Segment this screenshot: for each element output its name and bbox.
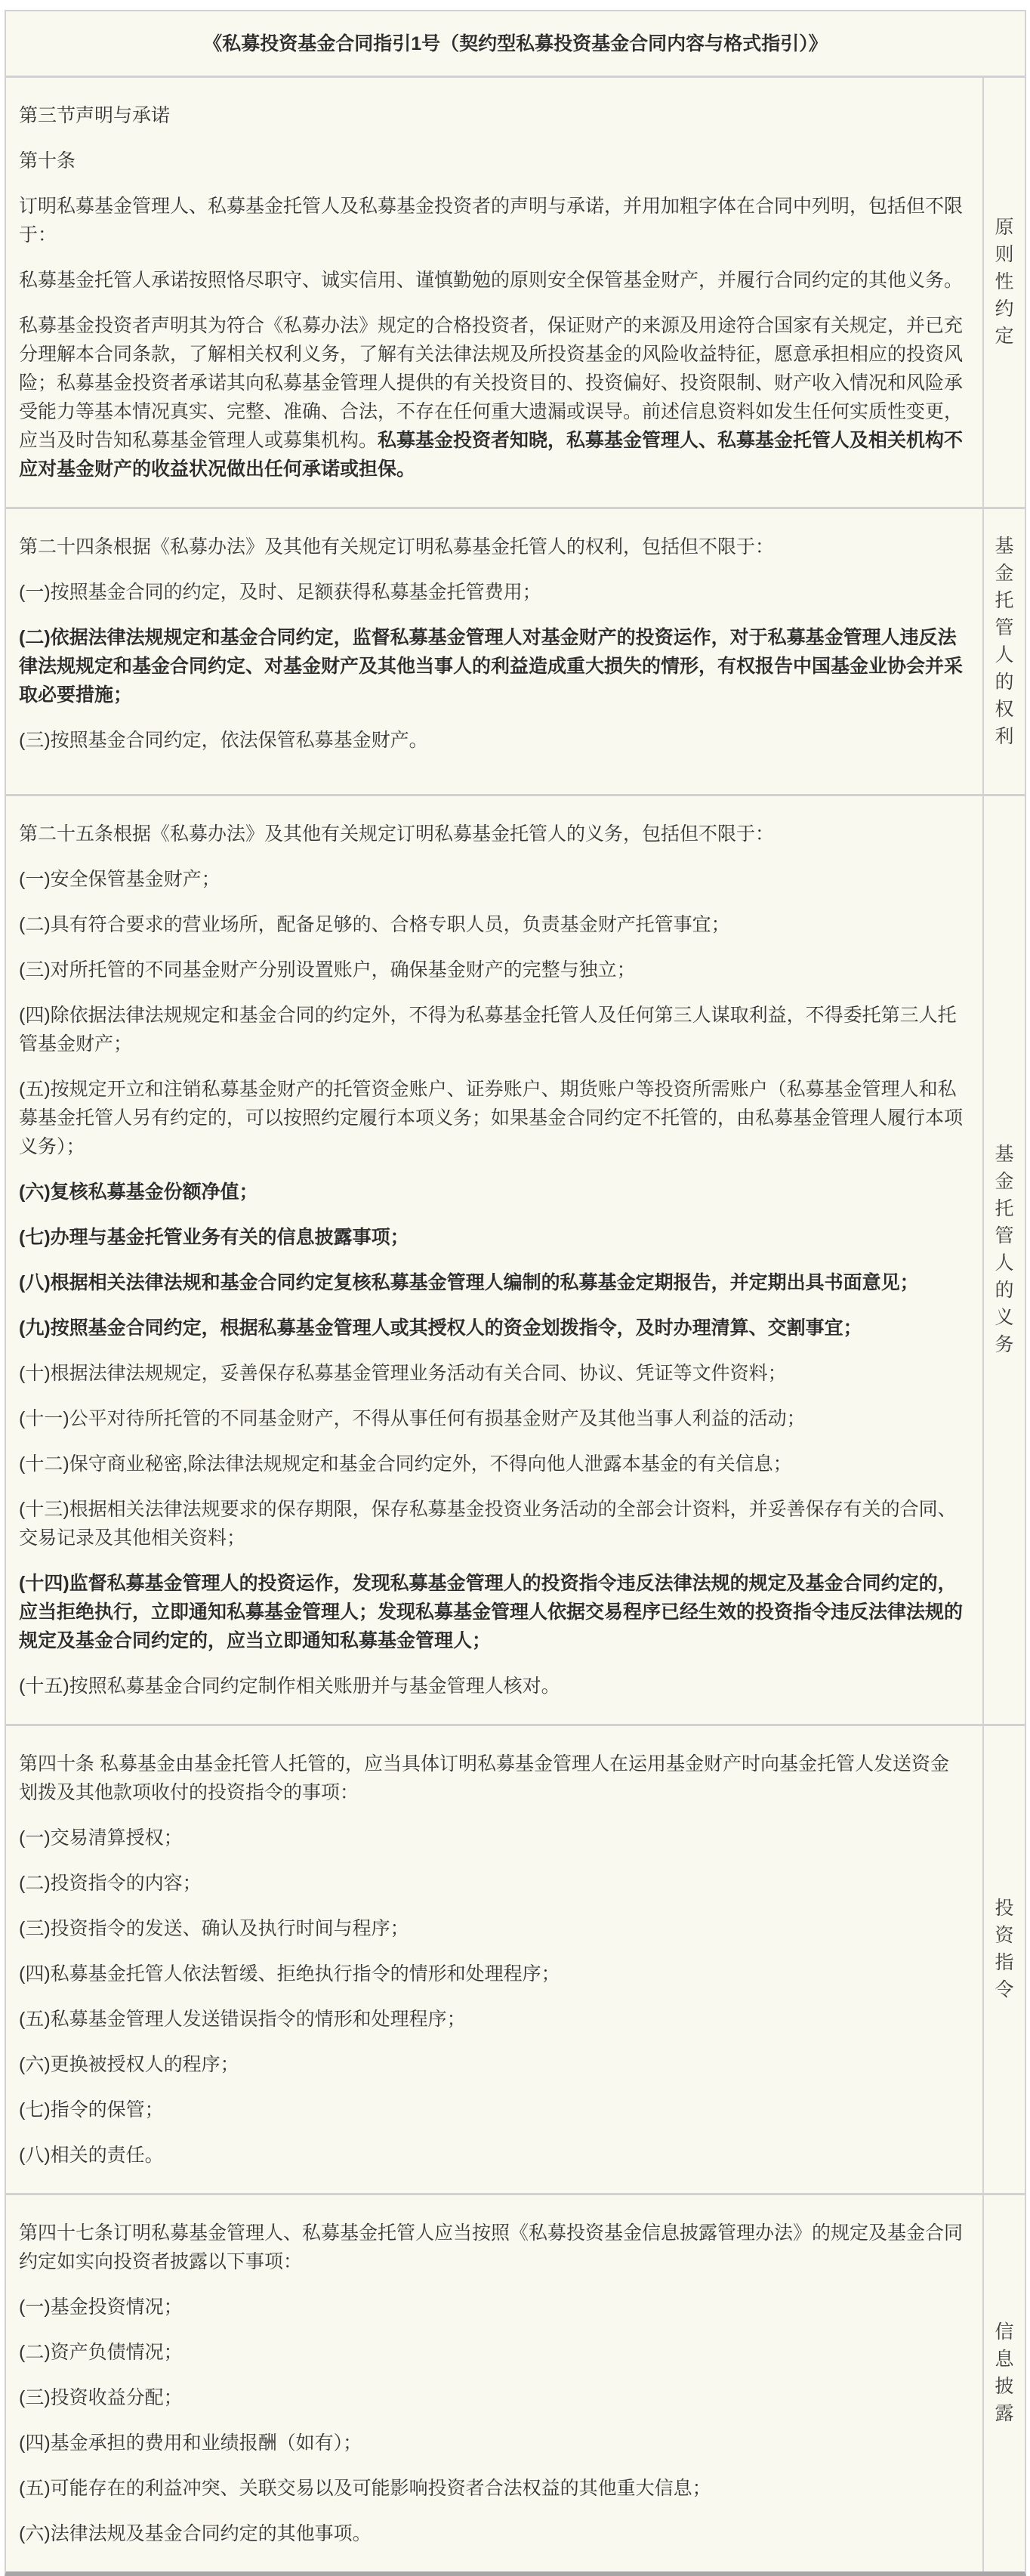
paragraph: (四)基金承担的费用和业绩报酬（如有）； (19, 2429, 967, 2457)
paragraph: (四)私募基金托管人依法暂缓、拒绝执行指令的情形和处理程序； (19, 1960, 967, 1988)
text-segment: (十五)按照私募基金合同约定制作相关账册并与基金管理人核对。 (19, 1676, 560, 1697)
paragraph: (三)按照基金合同约定，依法保管私募基金财产。 (19, 726, 967, 755)
text-segment: (七)指令的保管； (19, 2099, 164, 2120)
text-segment: (二)资产负债情况； (19, 2342, 183, 2363)
text-segment: 订明私募基金管理人、私募基金托管人及私募基金投资者的声明与承诺，并用加粗字体在合… (19, 196, 963, 246)
category-char: 人 (995, 641, 1013, 669)
text-segment: (三)按照基金合同约定，依法保管私募基金财产。 (19, 730, 428, 751)
category-char: 金 (995, 1168, 1013, 1195)
category-char: 管 (995, 614, 1013, 641)
title-row: 《私募投资基金合同指引1号（契约型私募投资基金合同内容与格式指引）》 (6, 11, 1025, 76)
section-content: 第四十条 私募基金由基金托管人托管的，应当具体订明私募基金管理人在运用基金财产时… (6, 1726, 982, 2193)
paragraph: 第二十四条根据《私募办法》及其他有关规定订明私募基金托管人的权利，包括但不限于： (19, 533, 967, 561)
text-segment: (四)除依据法律法规规定和基金合同的约定外，不得为私募基金托管人及任何第三人谋取… (19, 1005, 957, 1055)
text-segment: (二)具有符合要求的营业场所，配备足够的、合格专职人员，负责基金财产托管事宜； (19, 914, 730, 935)
section-category-cell: 基金托管人的权利 (982, 509, 1025, 794)
text-segment: (十一)公平对待所托管的不同基金财产，不得从事任何有损基金财产及其他当事人利益的… (19, 1408, 806, 1429)
paragraph: (五)私募基金管理人发送错误指令的情形和处理程序； (19, 2005, 967, 2034)
category-char: 性 (995, 268, 1013, 295)
paragraph: 第四十七条订明私募基金管理人、私募基金托管人应当按照《私募投资基金信息披露管理办… (19, 2219, 967, 2276)
text-segment: (一)基金投资情况； (19, 2296, 183, 2318)
paragraph: (六)法律法规及基金合同约定的其他事项。 (19, 2519, 967, 2548)
paragraph: 订明私募基金管理人、私募基金托管人及私募基金投资者的声明与承诺，并用加粗字体在合… (19, 192, 967, 249)
guideline-section: 第二十四条根据《私募办法》及其他有关规定订明私募基金托管人的权利，包括但不限于：… (6, 507, 1025, 794)
text-segment: (一)按照基金合同的约定，及时、足额获得私募基金托管费用； (19, 582, 541, 603)
section-content: 第四十七条订明私募基金管理人、私募基金托管人应当按照《私募投资基金信息披露管理办… (6, 2195, 982, 2571)
bold-text-segment: (八)根据相关法律法规和基金合同约定复核私募基金管理人编制的私募基金定期报告，并… (19, 1272, 919, 1293)
paragraph: (十一)公平对待所托管的不同基金财产，不得从事任何有损基金财产及其他当事人利益的… (19, 1404, 967, 1433)
text-segment: (四)基金承担的费用和业绩报酬（如有）； (19, 2432, 362, 2454)
paragraph: 第十条 (19, 147, 967, 175)
category-char: 资 (995, 1922, 1013, 1949)
paragraph: (六)复核私募基金份额净值； (19, 1178, 967, 1206)
paragraph: (五)可能存在的利益冲突、关联交易以及可能影响投资者合法权益的其他重大信息； (19, 2474, 967, 2503)
section-category-cell: 原则性约定 (982, 78, 1025, 507)
section-category-label: 信息披露 (995, 2318, 1013, 2448)
text-segment: (五)可能存在的利益冲突、关联交易以及可能影响投资者合法权益的其他重大信息； (19, 2478, 711, 2499)
paragraph: (七)办理与基金托管业务有关的信息披露事项； (19, 1223, 967, 1252)
paragraph: (四)除依据法律法规规定和基金合同的约定外，不得为私募基金托管人及任何第三人谋取… (19, 1001, 967, 1058)
category-char: 定 (995, 323, 1013, 350)
paragraph: (十三)根据相关法律法规要求的保存期限，保存私募基金投资业务活动的全部会计资料，… (19, 1495, 967, 1552)
paragraph: (三)投资收益分配； (19, 2383, 967, 2412)
section-category-label: 投资指令 (995, 1895, 1013, 2025)
paragraph: (三)投资指令的发送、确认及执行时间与程序； (19, 1914, 967, 1943)
paragraph: (六)更换被授权人的程序； (19, 2050, 967, 2079)
text-segment: 第四十条 私募基金由基金托管人托管的，应当具体订明私募基金管理人在运用基金财产时… (19, 1753, 949, 1803)
section-category-label: 原则性约定 (995, 214, 1013, 371)
bold-text-segment: (十四)监督私募基金管理人的投资运作，发现私募基金管理人的投资指令违反法律法规的… (19, 1573, 963, 1651)
category-char: 原 (995, 214, 1013, 241)
sections-container: 第三节声明与承诺第十条订明私募基金管理人、私募基金托管人及私募基金投资者的声明与… (6, 76, 1025, 2571)
text-segment: (六)更换被授权人的程序； (19, 2054, 239, 2075)
text-segment: (五)按规定开立和注销私募基金财产的托管资金账户、证券账户、期货账户等投资所需账… (19, 1079, 963, 1157)
text-segment: (二)投资指令的内容； (19, 1873, 202, 1894)
text-segment: (十三)根据相关法律法规要求的保存期限，保存私募基金投资业务活动的全部会计资料，… (19, 1499, 957, 1549)
text-segment: (一)交易清算授权； (19, 1827, 183, 1849)
category-char: 托 (995, 1195, 1013, 1222)
paragraph: (一)基金投资情况； (19, 2293, 967, 2321)
category-char: 务 (995, 1331, 1013, 1358)
paragraph: (十五)按照私募基金合同约定制作相关账册并与基金管理人核对。 (19, 1672, 967, 1700)
paragraph: 第三节声明与承诺 (19, 101, 967, 130)
category-char: 义 (995, 1304, 1013, 1331)
category-char: 露 (995, 2400, 1013, 2427)
category-char: 投 (995, 1895, 1013, 1922)
category-char: 金 (995, 560, 1013, 587)
guideline-section: 第四十条 私募基金由基金托管人托管的，应当具体订明私募基金管理人在运用基金财产时… (6, 1724, 1025, 2193)
text-segment: (十)根据法律法规规定，妥善保存私募基金管理业务活动有关合同、协议、凭证等文件资… (19, 1363, 787, 1384)
document-title: 《私募投资基金合同指引1号（契约型私募投资基金合同内容与格式指引）》 (203, 31, 827, 57)
paragraph: (一)安全保管基金财产； (19, 865, 967, 894)
section-content: 第三节声明与承诺第十条订明私募基金管理人、私募基金托管人及私募基金投资者的声明与… (6, 78, 982, 507)
contract-guideline-table: 《私募投资基金合同指引1号（契约型私募投资基金合同内容与格式指引）》 第三节声明… (5, 10, 1026, 2576)
guideline-section: 第二十五条根据《私募办法》及其他有关规定订明私募基金托管人的义务，包括但不限于：… (6, 794, 1025, 1724)
text-segment: 第十条 (19, 150, 76, 171)
bold-text-segment: (九)按照基金合同约定，根据私募基金管理人或其授权人的资金划拨指令，及时办理清算… (19, 1317, 862, 1339)
paragraph: (七)指令的保管； (19, 2096, 967, 2124)
text-segment: 私募基金托管人承诺按照恪尽职守、诚实信用、谨慎勤勉的原则安全保管基金财产，并履行… (19, 270, 963, 291)
paragraph: (八)相关的责任。 (19, 2141, 967, 2170)
category-char: 托 (995, 587, 1013, 614)
guideline-section: 第四十七条订明私募基金管理人、私募基金托管人应当按照《私募投资基金信息披露管理办… (6, 2193, 1025, 2571)
text-segment: 第四十七条订明私募基金管理人、私募基金托管人应当按照《私募投资基金信息披露管理办… (19, 2222, 963, 2272)
text-segment: (五)私募基金管理人发送错误指令的情形和处理程序； (19, 2009, 466, 2030)
text-segment: 第三节声明与承诺 (19, 105, 170, 126)
section-content: 第二十四条根据《私募办法》及其他有关规定订明私募基金托管人的权利，包括但不限于：… (6, 509, 982, 794)
section-category-label: 基金托管人的义务 (995, 1141, 1013, 1379)
text-segment: (三)投资收益分配； (19, 2387, 183, 2408)
paragraph: (八)根据相关法律法规和基金合同约定复核私募基金管理人编制的私募基金定期报告，并… (19, 1268, 967, 1297)
section-category-label: 基金托管人的权利 (995, 533, 1013, 771)
paragraph: (一)交易清算授权； (19, 1824, 967, 1852)
bold-text-segment: (七)办理与基金托管业务有关的信息披露事项； (19, 1227, 409, 1248)
text-segment: (一)安全保管基金财产； (19, 869, 220, 890)
category-char: 令 (995, 1976, 1013, 2003)
text-segment: (三)对所托管的不同基金财产分别设置账户，确保基金财产的完整与独立； (19, 959, 636, 981)
paragraph: (二)资产负债情况； (19, 2338, 967, 2367)
text-segment: (四)私募基金托管人依法暂缓、拒绝执行指令的情形和处理程序； (19, 1963, 560, 1985)
paragraph: 私募基金投资者声明其为符合《私募办法》规定的合格投资者，保证财产的来源及用途符合… (19, 311, 967, 483)
paragraph: 私募基金托管人承诺按照恪尽职守、诚实信用、谨慎勤勉的原则安全保管基金财产，并履行… (19, 266, 967, 295)
section-category-cell: 信息披露 (982, 2195, 1025, 2571)
category-char: 约 (995, 295, 1013, 323)
text-segment: 第二十四条根据《私募办法》及其他有关规定订明私募基金托管人的权利，包括但不限于： (19, 536, 774, 558)
section-category-cell: 投资指令 (982, 1726, 1025, 2193)
section-category-cell: 基金托管人的义务 (982, 796, 1025, 1724)
bold-text-segment: (六)复核私募基金份额净值； (19, 1181, 258, 1203)
paragraph: (十四)监督私募基金管理人的投资运作，发现私募基金管理人的投资指令违反法律法规的… (19, 1569, 967, 1655)
category-char: 基 (995, 1141, 1013, 1168)
paragraph: 第四十条 私募基金由基金托管人托管的，应当具体订明私募基金管理人在运用基金财产时… (19, 1750, 967, 1807)
bold-text-segment: (二)依据法律法规规定和基金合同约定，监督私募基金管理人对基金财产的投资运作，对… (19, 627, 963, 706)
category-char: 披 (995, 2373, 1013, 2400)
text-segment: (六)法律法规及基金合同约定的其他事项。 (19, 2523, 372, 2544)
paragraph: (五)按规定开立和注销私募基金财产的托管资金账户、证券账户、期货账户等投资所需账… (19, 1075, 967, 1161)
category-char: 指 (995, 1949, 1013, 1976)
guideline-section: 第三节声明与承诺第十条订明私募基金管理人、私募基金托管人及私募基金投资者的声明与… (6, 76, 1025, 507)
category-char: 息 (995, 2346, 1013, 2373)
text-segment: (十二)保守商业秘密,除法律法规规定和基金合同约定外，不得向他人泄露本基金的有关… (19, 1453, 792, 1475)
paragraph: (一)按照基金合同的约定，及时、足额获得私募基金托管费用； (19, 578, 967, 607)
paragraph: 第二十五条根据《私募办法》及其他有关规定订明私募基金托管人的义务，包括但不限于： (19, 820, 967, 848)
paragraph: (九)按照基金合同约定，根据私募基金管理人或其授权人的资金划拨指令，及时办理清算… (19, 1314, 967, 1342)
text-segment: 第二十五条根据《私募办法》及其他有关规定订明私募基金托管人的义务，包括但不限于： (19, 823, 774, 845)
paragraph: (十)根据法律法规规定，妥善保存私募基金管理业务活动有关合同、协议、凭证等文件资… (19, 1359, 967, 1388)
category-char: 则 (995, 241, 1013, 268)
category-char: 基 (995, 533, 1013, 560)
paragraph: (三)对所托管的不同基金财产分别设置账户，确保基金财产的完整与独立； (19, 956, 967, 984)
category-char: 管 (995, 1222, 1013, 1249)
paragraph: (二)具有符合要求的营业场所，配备足够的、合格专职人员，负责基金财产托管事宜； (19, 910, 967, 939)
section-content: 第二十五条根据《私募办法》及其他有关规定订明私募基金托管人的义务，包括但不限于：… (6, 796, 982, 1724)
category-char: 的 (995, 669, 1013, 696)
paragraph: (二)投资指令的内容； (19, 1869, 967, 1898)
category-char: 人 (995, 1249, 1013, 1277)
paragraph: (二)依据法律法规规定和基金合同约定，监督私募基金管理人对基金财产的投资运作，对… (19, 623, 967, 709)
category-char: 信 (995, 2318, 1013, 2346)
category-char: 利 (995, 723, 1013, 750)
text-segment: (三)投资指令的发送、确认及执行时间与程序； (19, 1918, 409, 1939)
category-char: 权 (995, 696, 1013, 723)
category-char: 的 (995, 1277, 1013, 1304)
paragraph: (十二)保守商业秘密,除法律法规规定和基金合同约定外，不得向他人泄露本基金的有关… (19, 1450, 967, 1478)
text-segment: (八)相关的责任。 (19, 2145, 164, 2166)
